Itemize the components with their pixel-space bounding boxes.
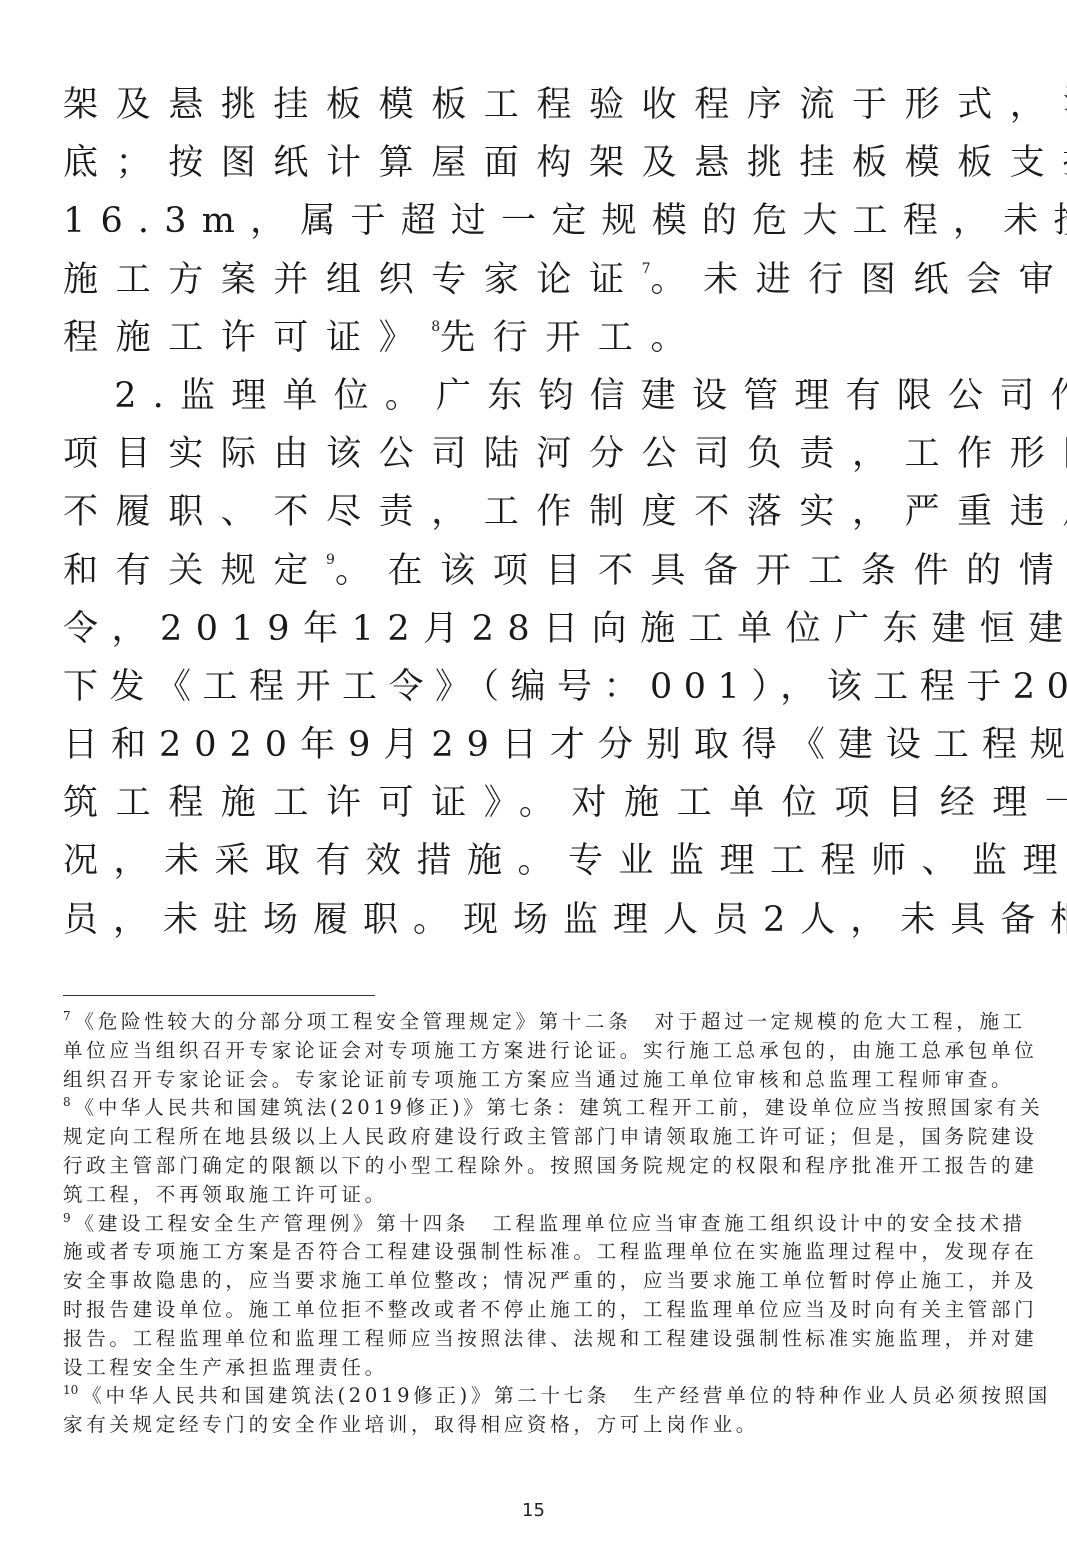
body-line: 底；按图纸计算屋面构架及悬挑挂板模板支撑高度距离地面超过: [63, 134, 1015, 192]
footnote-10: 10《中华人民共和国建筑法(2019修正)》第二十七条 生产经营单位的特种作业人…: [63, 1382, 1018, 1440]
body-line: 16.3m，属于超过一定规模的危大工程，未按要求编制安全专项: [63, 192, 1015, 250]
footnote-number: 8: [63, 1095, 71, 1109]
footnote-number: 9: [63, 1211, 71, 1225]
body-line: 令，2019年12月28日向施工单位广东建恒建筑工程有限公司: [63, 600, 1015, 658]
footnote-8: 8《中华人民共和国建筑法(2019修正)》第七条：建筑工程开工前，建设单位应当按…: [63, 1094, 1018, 1209]
body-line: 日和2020年9月29日才分别取得《建设工程规划许可证》《建: [63, 716, 1015, 774]
body-line: 下发《工程开工令》（编号：001），该工程于2020年6月23: [63, 658, 1015, 716]
body-text: 架及悬挑挂板模板工程验收程序流于形式，没有进行安全技术交 底；按图纸计算屋面构架…: [63, 76, 1015, 949]
footnote-ref-7[interactable]: 7: [642, 261, 651, 277]
footnote-ref-8[interactable]: 8: [431, 319, 440, 335]
body-line: 架及悬挑挂板模板工程验收程序流于形式，没有进行安全技术交: [63, 76, 1015, 134]
body-line: 施工方案并组织专家论证7。未进行图纸会审，未取得《建筑工: [63, 251, 1015, 309]
footnote-number: 10: [63, 1383, 78, 1397]
body-line: 项目实际由该公司陆河分公司负责，工作形同虚设，弄虚作假，: [63, 425, 1015, 483]
body-line: 员，未驻场履职。现场监理人员2人，未具备相关资质10，且均: [63, 891, 1015, 949]
body-line: 和有关规定9。在该项目不具备开工条件的情况下签发工程开工: [63, 542, 1015, 600]
page-number: 15: [0, 1500, 1067, 1521]
footnote-9: 9《建设工程安全生产管理例》第十四条 工程监理单位应当审查施工组织设计中的安全技…: [63, 1210, 1018, 1383]
document-page: 架及悬挑挂板模板工程验收程序流于形式，没有进行安全技术交 底；按图纸计算屋面构架…: [0, 0, 1067, 1552]
footnote-7: 7《危险性较大的分部分项工程安全管理规定》第十二条 对于超过一定规模的危大工程，…: [63, 1008, 1018, 1094]
footnote-separator: [63, 995, 375, 996]
footnote-ref-9[interactable]: 9: [326, 552, 335, 568]
section-heading-line: 2.监理单位。广东钧信建设管理有限公司作为监理单位，该: [63, 367, 1015, 425]
footnotes: 7《危险性较大的分部分项工程安全管理规定》第十二条 对于超过一定规模的危大工程，…: [63, 1008, 1018, 1440]
body-line: 况，未采取有效措施。专业监理工程师、监理员2人均为挂靠人: [63, 832, 1015, 890]
body-line: 筑工程施工许可证》。对施工单位项目经理一直未到岗履职的情: [63, 774, 1015, 832]
footnote-number: 7: [63, 1009, 71, 1023]
body-line: 不履职、不尽责，工作制度不落实，严重违反安全生产法律法规: [63, 483, 1015, 541]
body-line: 程施工许可证》8先行开工。: [63, 309, 1015, 367]
